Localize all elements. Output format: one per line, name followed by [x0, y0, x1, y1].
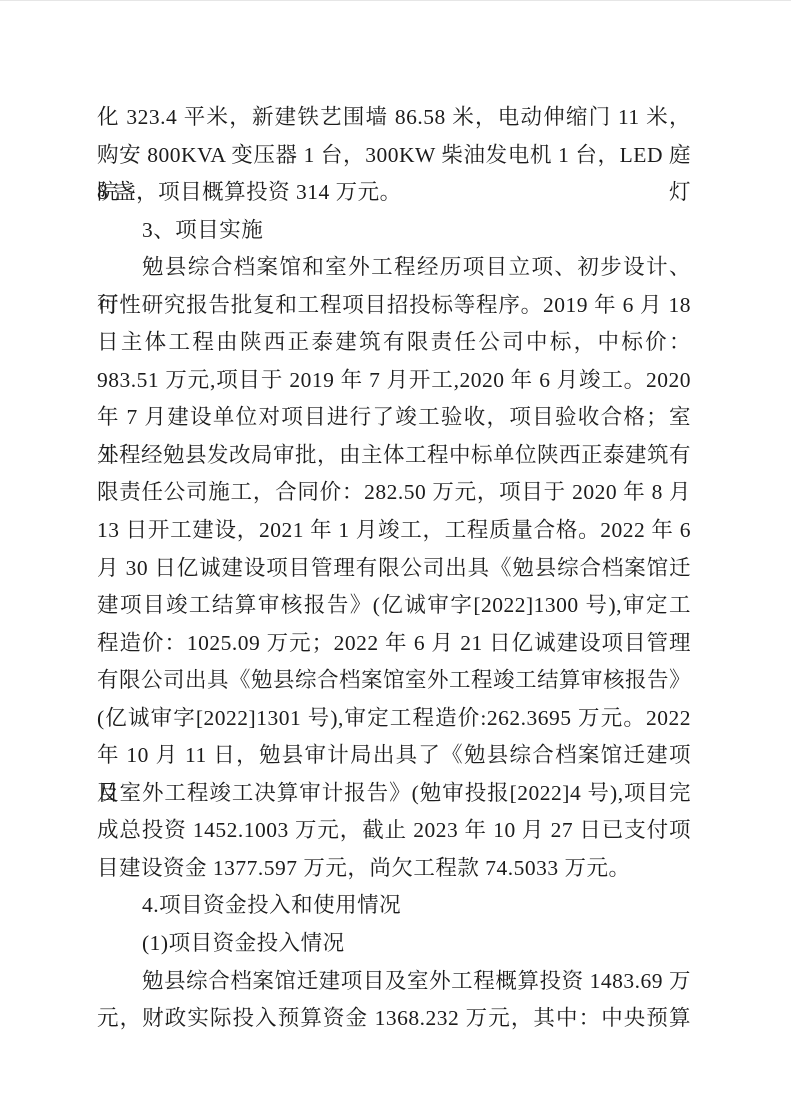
text-line: 日主体工程由陕西正泰建筑有限责任公司中标，中标价： [97, 324, 691, 362]
text-line: 年 7 月建设单位对项目进行了竣工验收，项目验收合格；室外 [97, 399, 691, 437]
text-line: 勉县综合档案馆迁建项目及室外工程概算投资 1483.69 万 [97, 963, 691, 1001]
text-line: 程造价：1025.09 万元；2022 年 6 月 21 日亿诚建设项目管理 [97, 625, 691, 663]
text-line: 4.项目资金投入和使用情况 [97, 887, 691, 925]
text-line: 行性研究报告批复和工程项目招投标等程序。2019 年 6 月 18 [97, 287, 691, 325]
text-line: 限责任公司施工，合同价：282.50 万元，项目于 2020 年 8 月 [97, 474, 691, 512]
text-line: 元，财政实际投入预算资金 1368.232 万元，其中：中央预算 [97, 1000, 691, 1038]
text-line: 13 日开工建设，2021 年 1 月竣工，工程质量合格。2022 年 6 [97, 512, 691, 550]
page-top-edge [0, 0, 791, 1]
text-line: 有限公司出具《勉县综合档案馆室外工程竣工结算审核报告》 [97, 662, 691, 700]
text-line: 及室外工程竣工决算审计报告》(勉审投报[2022]4 号),项目完 [97, 775, 691, 813]
text-line: (亿诚审字[2022]1301 号),审定工程造价:262.3695 万元。20… [97, 700, 691, 738]
document-page: 化 323.4 平米，新建铁艺围墙 86.58 米，电动伸缩门 11 米，购安 … [0, 0, 791, 1118]
text-line: 3、项目实施 [97, 212, 691, 250]
text-line: 目建设资金 1377.597 万元，尚欠工程款 74.5033 万元。 [97, 850, 691, 888]
text-line: 年 10 月 11 日，勉县审计局出具了《勉县综合档案馆迁建项目 [97, 737, 691, 775]
text-line: 月 30 日亿诚建设项目管理有限公司出具《勉县综合档案馆迁 [97, 550, 691, 588]
text-line: 983.51 万元,项目于 2019 年 7 月开工,2020 年 6 月竣工。… [97, 362, 691, 400]
text-line: 建项目竣工结算审核报告》(亿诚审字[2022]1300 号),审定工 [97, 587, 691, 625]
text-line: 勉县综合档案馆和室外工程经历项目立项、初步设计、可 [97, 249, 691, 287]
text-line: 成总投资 1452.1003 万元，截止 2023 年 10 月 27 日已支付… [97, 812, 691, 850]
text-line: 购安 800KVA 变压器 1 台，300KW 柴油发电机 1 台，LED 庭院… [97, 137, 691, 175]
text-line: (1)项目资金投入情况 [97, 925, 691, 963]
document-body-text: 化 323.4 平米，新建铁艺围墙 86.58 米，电动伸缩门 11 米，购安 … [97, 99, 691, 1038]
text-line: 工程经勉县发改局审批，由主体工程中标单位陕西正泰建筑有 [97, 437, 691, 475]
text-line: 化 323.4 平米，新建铁艺围墙 86.58 米，电动伸缩门 11 米， [97, 99, 691, 137]
